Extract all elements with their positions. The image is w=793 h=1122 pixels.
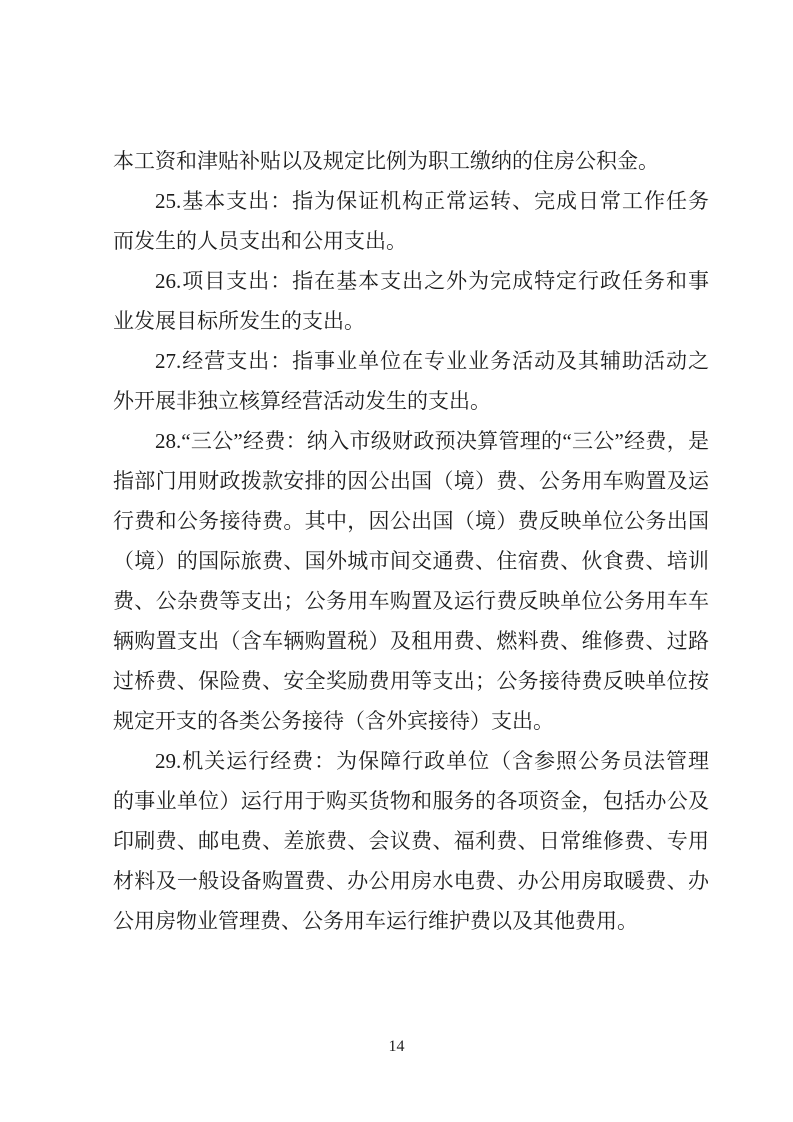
text-line: 辆购置支出（含车辆购置税）及租用费、燃料费、维修费、过路 bbox=[113, 621, 709, 661]
text-line: （境）的国际旅费、国外城市间交通费、住宿费、伙食费、培训 bbox=[113, 541, 709, 581]
text-line: 外开展非独立核算经营活动发生的支出。 bbox=[113, 381, 709, 421]
page-number: 14 bbox=[0, 1038, 793, 1056]
text-line: 29.机关运行经费：为保障行政单位（含参照公务员法管理 bbox=[113, 741, 709, 781]
text-line: 25.基本支出：指为保证机构正常运转、完成日常工作任务 bbox=[113, 181, 709, 221]
text-line: 本工资和津贴补贴以及规定比例为职工缴纳的住房公积金。 bbox=[113, 141, 709, 181]
text-line: 27.经营支出：指事业单位在专业业务活动及其辅助活动之 bbox=[113, 341, 709, 381]
text-line: 业发展目标所发生的支出。 bbox=[113, 301, 709, 341]
text-line: 28.“三公”经费：纳入市级财政预决算管理的“三公”经费，是 bbox=[113, 421, 709, 461]
document-body: 本工资和津贴补贴以及规定比例为职工缴纳的住房公积金。25.基本支出：指为保证机构… bbox=[113, 141, 709, 941]
text-line: 的事业单位）运行用于购买货物和服务的各项资金，包括办公及 bbox=[113, 781, 709, 821]
text-line: 行费和公务接待费。其中，因公出国（境）费反映单位公务出国 bbox=[113, 501, 709, 541]
text-line: 指部门用财政拨款安排的因公出国（境）费、公务用车购置及运 bbox=[113, 461, 709, 501]
page-background: 本工资和津贴补贴以及规定比例为职工缴纳的住房公积金。25.基本支出：指为保证机构… bbox=[0, 0, 793, 1122]
text-line: 26.项目支出：指在基本支出之外为完成特定行政任务和事 bbox=[113, 261, 709, 301]
text-line: 而发生的人员支出和公用支出。 bbox=[113, 221, 709, 261]
document-page: { "page": { "number": "14", "background_… bbox=[0, 0, 793, 1122]
text-line: 过桥费、保险费、安全奖励费用等支出；公务接待费反映单位按 bbox=[113, 661, 709, 701]
text-line: 材料及一般设备购置费、办公用房水电费、办公用房取暖费、办 bbox=[113, 861, 709, 901]
text-line: 印刷费、邮电费、差旅费、会议费、福利费、日常维修费、专用 bbox=[113, 821, 709, 861]
text-line: 规定开支的各类公务接待（含外宾接待）支出。 bbox=[113, 701, 709, 741]
text-line: 费、公杂费等支出；公务用车购置及运行费反映单位公务用车车 bbox=[113, 581, 709, 621]
text-line: 公用房物业管理费、公务用车运行维护费以及其他费用。 bbox=[113, 901, 709, 941]
